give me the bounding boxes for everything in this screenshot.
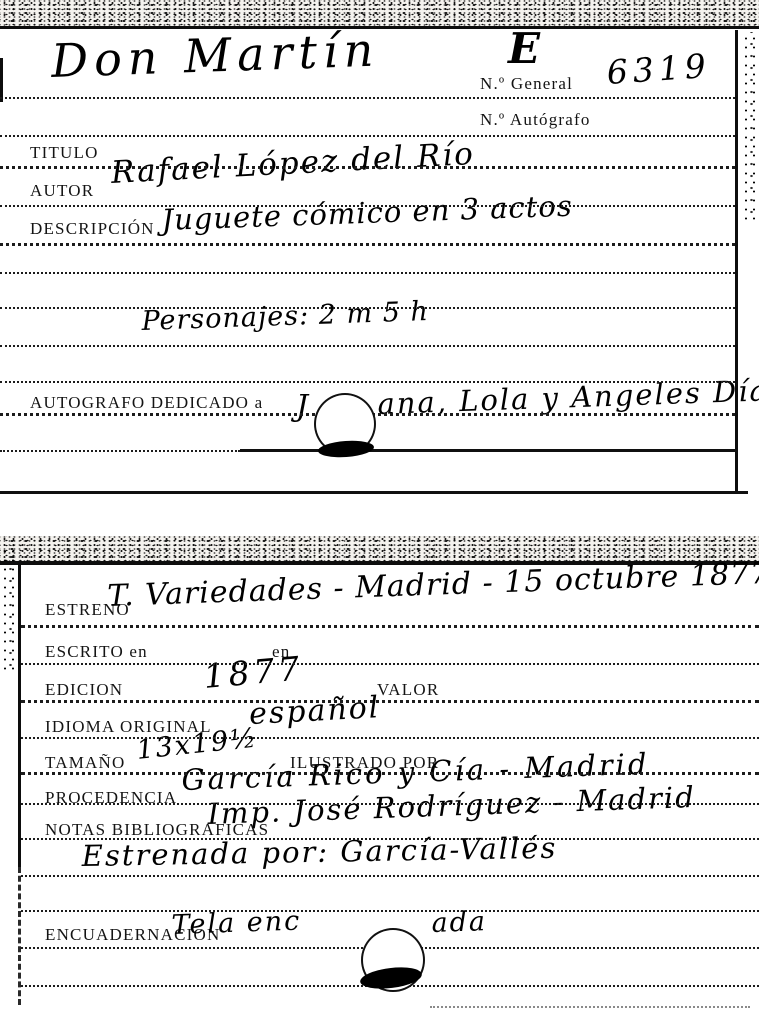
ruled-line: [0, 381, 735, 383]
dedicatoria-fragment-start: J: [296, 392, 308, 422]
ruled-line: [0, 272, 735, 274]
ruled-line: [21, 737, 759, 739]
ruled-line-faint: [430, 1006, 750, 1008]
ruled-line: [21, 772, 759, 775]
card-back-left-border: [18, 562, 21, 867]
ruled-line: [0, 205, 735, 207]
scan-edge-right-noise: [741, 32, 759, 222]
estreno-value: T. Variedades - Madrid - 15 octubre 1877: [107, 559, 759, 612]
personajes-note: Personajes: 2 m 5 h: [141, 298, 429, 335]
valor-label: VALOR: [377, 680, 439, 700]
scan-edge-band-top: [0, 0, 759, 29]
edicion-value: 1877: [202, 651, 304, 693]
tamano-label: TAMAÑO: [45, 753, 125, 773]
edicion-label: EDICION: [45, 680, 123, 700]
ruled-line-solid: [240, 449, 737, 452]
ruled-line: [0, 166, 735, 169]
ruled-line: [21, 625, 759, 628]
descripcion-label: DESCRIPCIÓN: [30, 219, 155, 239]
card-front-right-border: [735, 30, 738, 492]
classification-letter: E: [508, 28, 540, 70]
ruled-line: [0, 135, 735, 137]
handwritten-title: Don Martín: [50, 27, 380, 84]
descripcion-value: Juguete cómico en 3 actos: [161, 192, 573, 235]
ruled-line: [21, 910, 759, 912]
ruled-line: [21, 803, 759, 805]
ruled-line: [21, 875, 759, 877]
encuadernacion-fragment-end: ada: [431, 908, 487, 937]
no-autografo-label: N.º Autógrafo: [480, 110, 591, 130]
no-general-value: 6319: [606, 49, 712, 89]
no-general-label: N.º General: [480, 74, 573, 94]
card-front-bottom-edge: [0, 491, 748, 494]
idioma-original-value: español: [248, 693, 381, 730]
ruled-line: [21, 838, 759, 840]
ruled-line: [0, 243, 735, 246]
ruled-line: [0, 345, 735, 347]
ruled-line: [0, 307, 735, 309]
card-front-left-edge-tick: [0, 58, 3, 102]
ruled-line: [21, 700, 759, 703]
ruled-line: [21, 663, 759, 665]
ruled-line: [0, 97, 735, 99]
ruled-line: [0, 450, 240, 452]
autor-label: AUTOR: [30, 181, 94, 201]
titulo-label: TITULO: [30, 143, 99, 163]
autografo-dedicado-label: AUTOGRAFO DEDICADO a: [30, 393, 263, 413]
autor-value: Rafael López del Río: [110, 139, 475, 189]
procedencia-label: PROCEDENCIA: [45, 788, 177, 808]
encuadernacion-fragment-start: Tela enc: [171, 907, 302, 939]
escrito-en-label: ESCRITO en: [45, 642, 148, 662]
scan-edge-left-noise: [0, 545, 15, 670]
catalog-card-scan: Don Martín E N.º General 6319 N.º Autógr…: [0, 0, 759, 1028]
